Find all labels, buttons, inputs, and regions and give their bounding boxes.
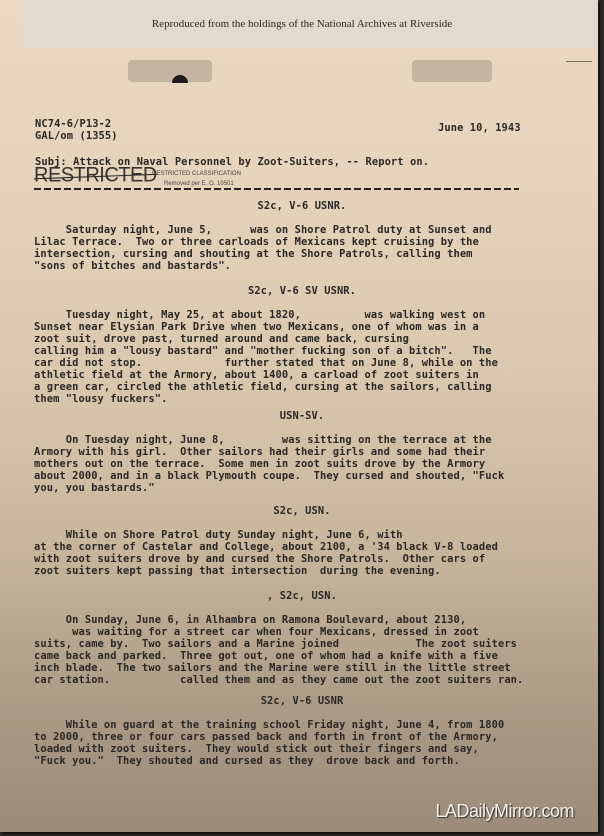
section-paragraph: On Tuesday night, June 8, was sitting on… (34, 434, 504, 494)
document-page: Reproduced from the holdings of the Nati… (0, 0, 598, 832)
dashed-divider (34, 188, 519, 190)
archive-note: Reproduced from the holdings of the Nati… (0, 18, 604, 30)
smudge-mark (128, 60, 212, 82)
smudge-mark (412, 60, 492, 82)
watermark: LADailyMirror.com (435, 801, 574, 822)
section-heading: S2c, V-6 USNR (0, 695, 604, 707)
section-heading: S2c, USN. (0, 505, 604, 517)
section-paragraph: Tuesday night, May 25, at about 1820, wa… (34, 309, 498, 405)
file-number-line-1: NC74-6/P13-2 (35, 118, 111, 130)
section-paragraph: Saturday night, June 5, was on Shore Pat… (34, 224, 492, 272)
declassification-stamp: RESTRICTED CLASSIFICATION Removed per E.… (152, 169, 241, 189)
section-heading: S2c, V-6 USNR. (0, 200, 604, 212)
document-date: June 10, 1943 (438, 122, 521, 134)
section-heading: S2c, V-6 SV USNR. (0, 285, 604, 297)
section-paragraph: While on Shore Patrol duty Sunday night,… (34, 529, 498, 577)
section-paragraph: On Sunday, June 6, in Alhambra on Ramona… (34, 614, 523, 686)
section-heading: USN-SV. (0, 410, 604, 422)
declass-line-1: RESTRICTED CLASSIFICATION (152, 169, 241, 179)
restricted-stamp: RESTRICTED (34, 163, 157, 187)
section-heading: , S2c, USN. (0, 590, 604, 602)
file-number-line-2: GAL/om (1355) (35, 130, 118, 142)
margin-mark (566, 61, 592, 62)
file-number: NC74-6/P13-2 GAL/om (1355) (35, 118, 118, 142)
section-paragraph: While on guard at the training school Fr… (34, 719, 504, 767)
